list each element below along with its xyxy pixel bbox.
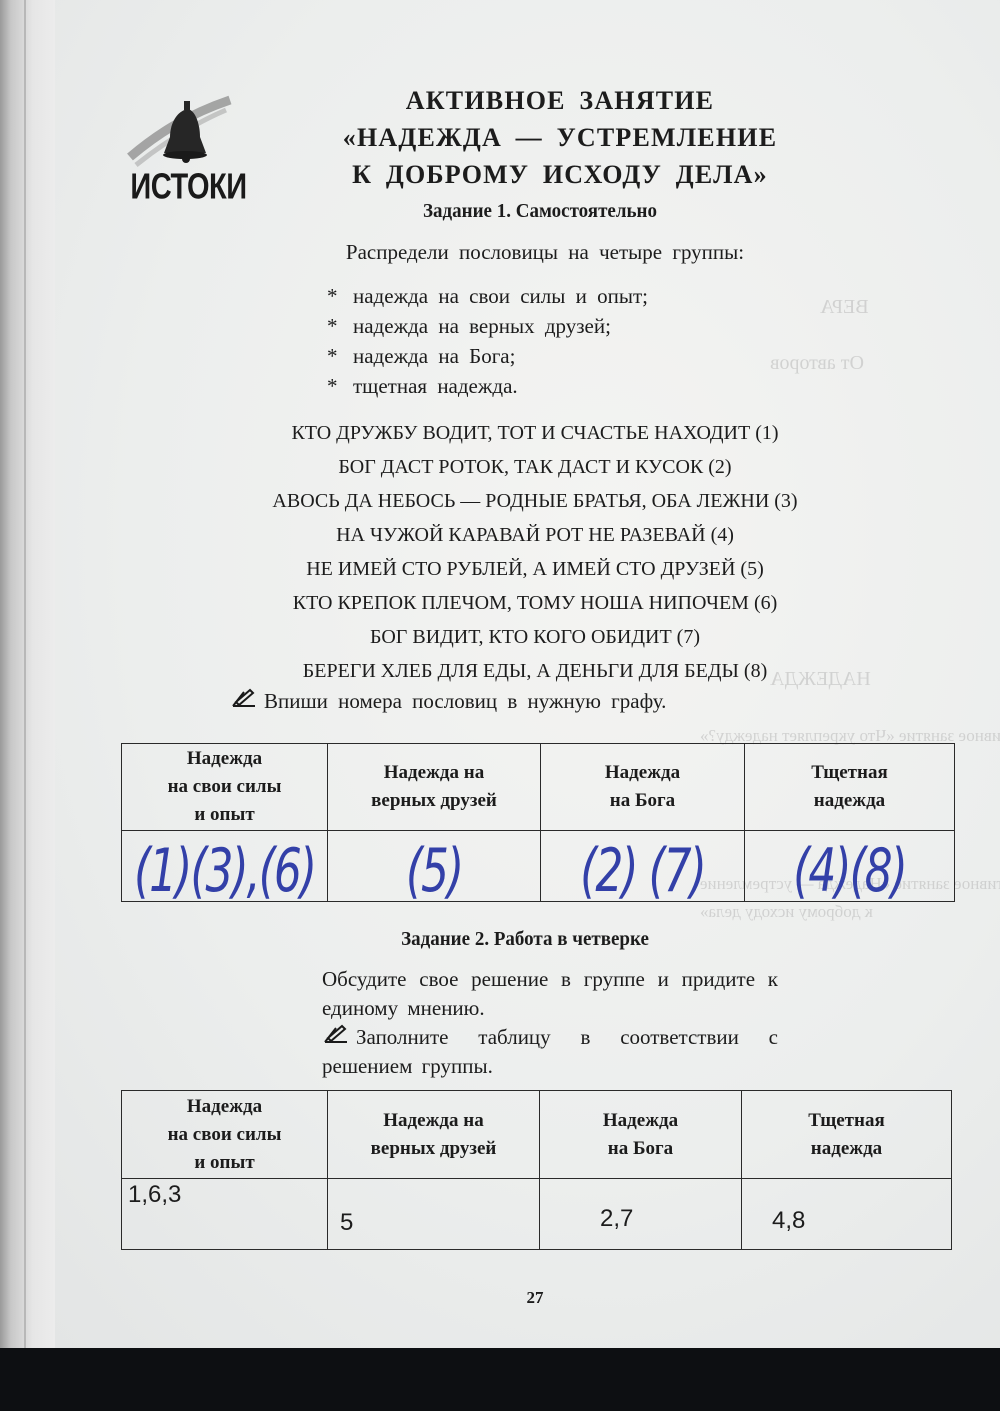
task2-instruction: Заполните таблицу в соответствии с решен… bbox=[300, 1023, 778, 1081]
handwritten-answer: (4)(8) bbox=[793, 853, 906, 891]
proverb-item: БЕРЕГИ ХЛЕБ ДЛЯ ЕДЫ, А ДЕНЬГИ ДЛЯ БЕДЫ (… bbox=[150, 654, 920, 688]
group-label: надежда на Бога; bbox=[353, 344, 515, 368]
handwritten-answer: (1)(3),(6) bbox=[134, 853, 315, 891]
title-line: «НАДЕЖДА — УСТРЕМЛЕНИЕ bbox=[310, 119, 810, 156]
task1-answer-table: Надеждана свои силыи опыт Надежда наверн… bbox=[121, 743, 955, 902]
proverb-item: КТО КРЕПОК ПЛЕЧОМ, ТОМУ НОША НИПОЧЕМ (6) bbox=[150, 586, 920, 620]
proverb-item: АВОСЬ ДА НЕБОСЬ — РОДНЫЕ БРАТЬЯ, ОБА ЛЕЖ… bbox=[150, 484, 920, 518]
answer-cell[interactable]: (5) bbox=[328, 831, 541, 902]
typed-answer: 1,6,3 bbox=[128, 1181, 181, 1209]
typed-answer: 5 bbox=[340, 1209, 353, 1237]
answer-cell[interactable]: (1)(3),(6) bbox=[122, 831, 328, 902]
task2-text: Обсудите свое решение в группе и придите… bbox=[300, 965, 778, 1081]
column-header: Тщетнаянадежда bbox=[745, 744, 955, 831]
instruction-text: Заполните таблицу в соответствии с решен… bbox=[322, 1025, 778, 1078]
pencil-writing-icon bbox=[322, 1023, 356, 1052]
page-number: 27 bbox=[500, 1288, 570, 1308]
instruction-text: Впиши номера пословиц в нужную графу. bbox=[264, 689, 666, 713]
column-header: Надежда наверных друзей bbox=[328, 1091, 540, 1179]
group-item: *надежда на Бога; bbox=[327, 341, 648, 371]
table-header-row: Надеждана свои силыи опыт Надежда наверн… bbox=[122, 1091, 952, 1179]
answer-cell[interactable]: 1,6,3 bbox=[122, 1179, 328, 1250]
table-row: (1)(3),(6) (5) (2) (7) (4)(8) bbox=[122, 831, 955, 902]
group-item: *надежда на верных друзей; bbox=[327, 311, 648, 341]
proverb-item: НЕ ИМЕЙ СТО РУБЛЕЙ, А ИМЕЙ СТО ДРУЗЕЙ (5… bbox=[150, 552, 920, 586]
title-line: АКТИВНОЕ ЗАНЯТИЕ bbox=[310, 82, 810, 119]
table-header-row: Надеждана свои силыи опыт Надежда наверн… bbox=[122, 744, 955, 831]
column-header: Надеждана свои силыи опыт bbox=[122, 1091, 328, 1179]
task2-answer-table: Надеждана свои силыи опыт Надежда наверн… bbox=[121, 1090, 952, 1250]
pencil-writing-icon bbox=[230, 688, 264, 714]
spine-fold-line bbox=[24, 0, 26, 1348]
answer-cell[interactable]: 5 bbox=[328, 1179, 540, 1250]
group-list: *надежда на свои силы и опыт; *надежда н… bbox=[327, 281, 648, 401]
column-header: Надеждана свои силыи опыт bbox=[122, 744, 328, 831]
task1-heading: Задание 1. Самостоятельно bbox=[303, 200, 778, 223]
group-item: *тщетная надежда. bbox=[327, 371, 648, 401]
typed-answer: 2,7 bbox=[600, 1205, 633, 1233]
proverb-item: БОГ ДАСТ РОТОК, ТАК ДАСТ И КУСОК (2) bbox=[150, 450, 920, 484]
column-header: Надежда наверных друзей bbox=[328, 744, 541, 831]
workbook-page: ВЕРА От авторов Активное занятие «Что ук… bbox=[0, 0, 1000, 1348]
column-header: Тщетнаянадежда bbox=[742, 1091, 952, 1179]
column-header: Надеждана Бога bbox=[541, 744, 745, 831]
proverb-item: КТО ДРУЖБУ ВОДИТ, ТОТ И СЧАСТЬЕ НАХОДИТ … bbox=[150, 416, 920, 450]
bell-icon bbox=[126, 95, 236, 170]
answer-cell[interactable]: 4,8 bbox=[742, 1179, 952, 1250]
proverb-list: КТО ДРУЖБУ ВОДИТ, ТОТ И СЧАСТЬЕ НАХОДИТ … bbox=[150, 416, 920, 688]
task1-instruction: Впиши номера пословиц в нужную графу. bbox=[230, 688, 666, 714]
show-through-text: От авторов bbox=[770, 352, 864, 375]
book-spine bbox=[0, 0, 55, 1348]
title-line: К ДОБРОМУ ИСХОДУ ДЕЛА» bbox=[310, 156, 810, 193]
handwritten-answer: (2) (7) bbox=[580, 853, 705, 891]
istoki-logo: ИСТОКИ bbox=[126, 95, 256, 207]
answer-cell[interactable]: 2,7 bbox=[540, 1179, 742, 1250]
column-header: Надеждана Бога bbox=[540, 1091, 742, 1179]
group-label: надежда на верных друзей; bbox=[353, 314, 611, 338]
asterisk-bullet-icon: * bbox=[327, 371, 353, 401]
proverb-item: БОГ ВИДИТ, КТО КОГО ОБИДИТ (7) bbox=[150, 620, 920, 654]
table-row: 1,6,3 5 2,7 4,8 bbox=[122, 1179, 952, 1250]
task2-heading: Задание 2. Работа в четверке bbox=[302, 928, 749, 951]
typed-answer: 4,8 bbox=[772, 1207, 805, 1235]
asterisk-bullet-icon: * bbox=[327, 341, 353, 371]
task2-discussion-text: Обсудите свое решение в группе и придите… bbox=[300, 965, 778, 1023]
task1-prompt: Распредели пословицы на четыре группы: bbox=[250, 240, 840, 265]
proverb-item: НА ЧУЖОЙ КАРАВАЙ РОТ НЕ РАЗЕВАЙ (4) bbox=[150, 518, 920, 552]
group-item: *надежда на свои силы и опыт; bbox=[327, 281, 648, 311]
answer-cell[interactable]: (2) (7) bbox=[541, 831, 745, 902]
lesson-title: АКТИВНОЕ ЗАНЯТИЕ «НАДЕЖДА — УСТРЕМЛЕНИЕ … bbox=[310, 82, 810, 193]
asterisk-bullet-icon: * bbox=[327, 311, 353, 341]
group-label: надежда на свои силы и опыт; bbox=[353, 284, 648, 308]
group-label: тщетная надежда. bbox=[353, 374, 518, 398]
asterisk-bullet-icon: * bbox=[327, 281, 353, 311]
handwritten-answer: (5) bbox=[406, 853, 462, 891]
answer-cell[interactable]: (4)(8) bbox=[745, 831, 955, 902]
show-through-text: ВЕРА bbox=[820, 296, 869, 319]
istoki-logo-text: ИСТОКИ bbox=[126, 167, 251, 208]
